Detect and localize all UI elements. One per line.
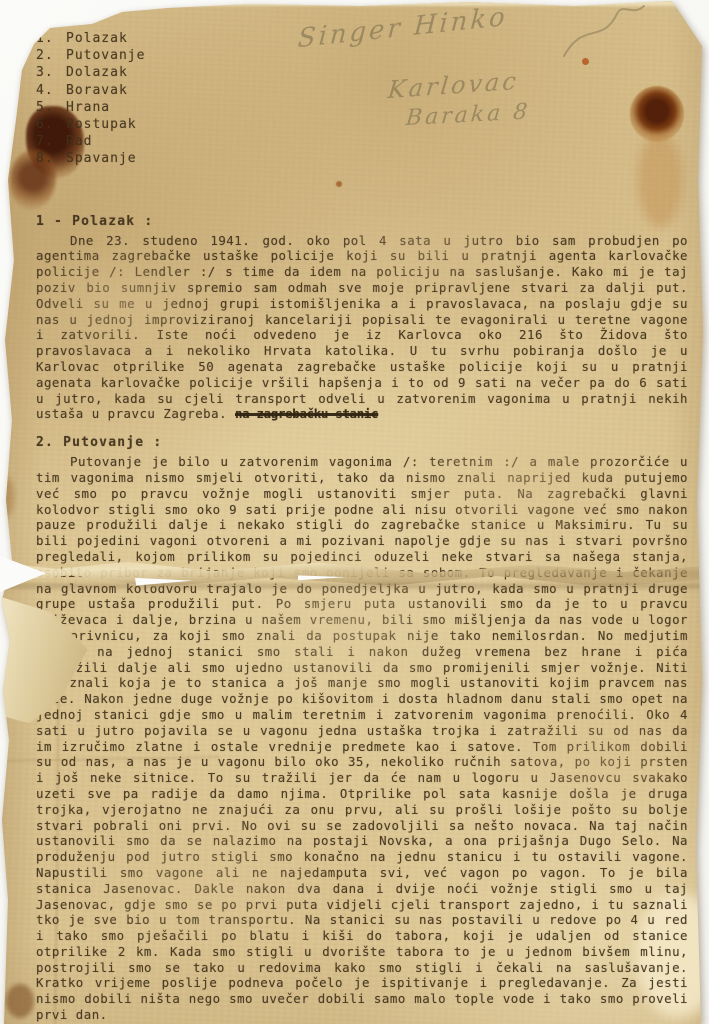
document-page: 1.Polazak 2.Putovanje 3.Dolazak 4.Borava…: [0, 0, 709, 1024]
section2-body: Putovanje je bilo u zatvorenim vagonima …: [36, 454, 688, 1022]
index-item-spavanje: 8.Spavanje: [36, 150, 688, 167]
typed-content: 1.Polazak 2.Putovanje 3.Dolazak 4.Borava…: [36, 30, 688, 1023]
index-label: Boravak: [66, 82, 128, 99]
index-number: 7.: [36, 133, 66, 150]
index-item-dolazak: 3.Dolazak: [36, 64, 688, 81]
index-label: Putovanje: [66, 47, 145, 64]
index-number: 3.: [36, 64, 66, 81]
index-list: 1.Polazak 2.Putovanje 3.Dolazak 4.Borava…: [36, 30, 688, 168]
section1-heading: 1 - Polazak :: [36, 214, 688, 229]
index-label: Polazak: [66, 30, 128, 47]
section2-heading: 2. Putovanje :: [36, 435, 688, 450]
index-item-putovanje: 2.Putovanje: [36, 47, 688, 64]
index-number: 8.: [36, 150, 66, 167]
index-number: 1.: [36, 30, 66, 47]
index-label: Hrana: [66, 99, 110, 116]
index-item-boravak: 4.Boravak: [36, 82, 688, 99]
section1-body: Dne 23. studeno 1941. god. oko pol 4 sat…: [36, 233, 688, 422]
index-item-hrana: 5.Hrana: [36, 99, 688, 116]
stain-left-edge: [0, 476, 14, 518]
section2-paragraph: Putovanje je bilo u zatvorenim vagonima …: [36, 454, 688, 1023]
index-item-postupak: 6.Postupak: [36, 116, 688, 133]
struck-text: na zagrebačku stanic: [235, 406, 378, 421]
index-number: 6.: [36, 116, 66, 133]
index-number: 4.: [36, 82, 66, 99]
index-label: Dolazak: [66, 64, 128, 81]
index-item-polazak: 1.Polazak: [36, 30, 688, 47]
index-label: Rad: [66, 133, 92, 150]
index-number: 5.: [36, 99, 66, 116]
torn-top-edge: [20, 0, 709, 6]
scan-photo: 1.Polazak 2.Putovanje 3.Dolazak 4.Borava…: [0, 0, 709, 1024]
index-number: 2.: [36, 47, 66, 64]
paper-shadow-wrap: 1.Polazak 2.Putovanje 3.Dolazak 4.Borava…: [0, 0, 709, 1024]
section1-paragraph: Dne 23. studeno 1941. god. oko pol 4 sat…: [36, 233, 688, 423]
index-item-rad: 7.Rad: [36, 133, 688, 150]
index-label: Spavanje: [66, 150, 137, 167]
stain-bottom-left: [6, 984, 34, 1018]
index-label: Postupak: [66, 116, 137, 133]
